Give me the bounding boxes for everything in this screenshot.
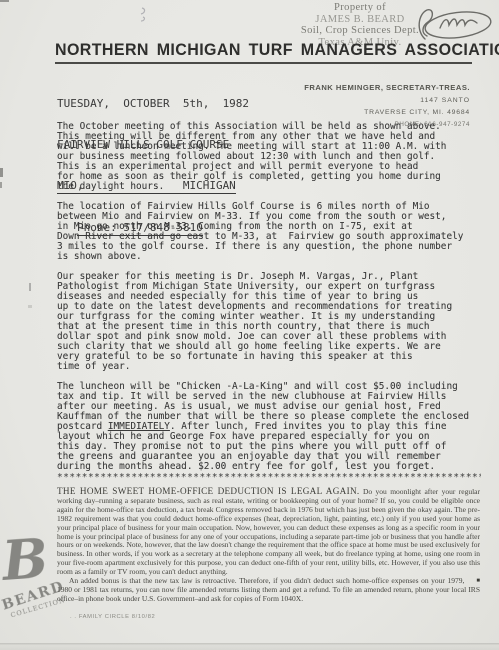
source-credit: . . FAMILY CIRCLE 8/10/82: [70, 614, 155, 620]
article-body-2: An added bonus is that the new tax law i…: [57, 576, 480, 603]
beard-collection-stamp: B BEARD COLLECTION: [0, 535, 75, 630]
handwritten-initials: [411, 4, 495, 46]
article-body-1: Do you moonlight after your regular work…: [57, 487, 480, 576]
paragraph-speaker: Our speaker for this meeting is Dr. Jose…: [57, 272, 481, 372]
article-paragraph-1: THE HOME SWEET HOME-OFFICE DEDUCTION IS …: [57, 487, 480, 577]
scan-edge-mark: [0, 0, 9, 2]
masthead: NORTHERN MICHIGAN TURF MANAGERS ASSOCIAT…: [55, 42, 472, 64]
scan-edge-mark: [0, 182, 2, 188]
secretary-address-1: 1147 SANTO: [304, 97, 470, 104]
paragraph-luncheon: The luncheon will be "Chicken -A-La-King…: [57, 382, 481, 472]
paragraph-meeting: The October meeting of this Association …: [57, 122, 481, 192]
meeting-date: TUESDAY, OCTOBER 5th, 1982: [57, 97, 249, 111]
article-paragraph-2: ■An added bonus is that the new tax law …: [57, 577, 480, 604]
margin-pencil-mark: [29, 283, 31, 291]
scanned-newsletter-page: Property of JAMES B. BEARD Soil, Crop Sc…: [0, 0, 499, 650]
ink-smudge: [138, 6, 150, 24]
paragraph-location: The location of Fairview Hills Golf Cour…: [57, 202, 481, 262]
asterisk-separator: ****************************************…: [57, 472, 481, 483]
stamp-letter-b: B: [1, 531, 50, 588]
tax-article-clipping: THE HOME SWEET HOME-OFFICE DEDUCTION IS …: [57, 487, 480, 604]
secretary-address-2: TRAVERSE CITY, MI. 49684: [304, 109, 470, 116]
secretary-name: FRANK HEMINGER, SECRETARY-TREAS.: [304, 83, 470, 92]
scan-bottom-edge: [0, 643, 499, 650]
margin-smudge: [28, 305, 32, 308]
scan-edge-mark: [0, 168, 3, 177]
letter-body: The October meeting of this Association …: [57, 122, 481, 482]
page-title: NORTHERN MICHIGAN TURF MANAGERS ASSOCIAT…: [55, 42, 472, 61]
article-heading: THE HOME SWEET HOME-OFFICE DEDUCTION IS …: [57, 486, 360, 496]
